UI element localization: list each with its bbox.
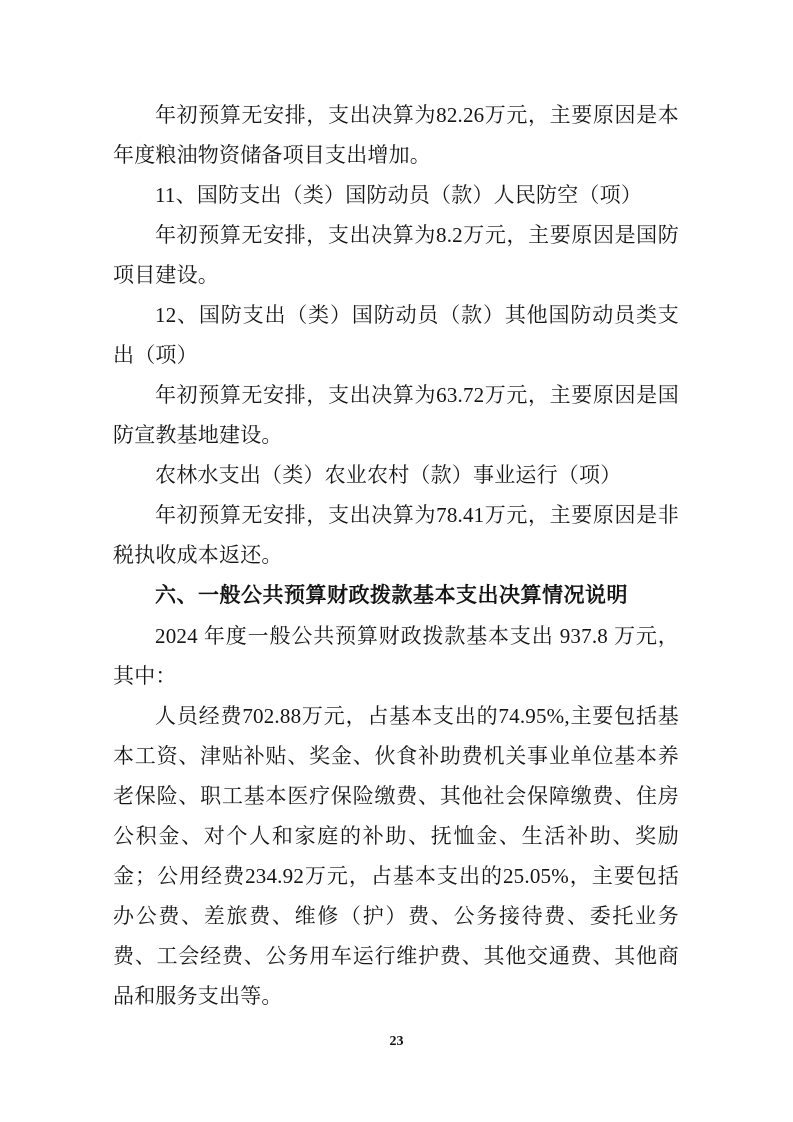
paragraph-agriculture-explanation: 年初预算无安排，支出决算为78.41万元，主要原因是非税执收成本返还。: [113, 495, 679, 575]
paragraph-2024-basic-expenditure-total: 2024 年度一般公共预算财政拨款基本支出 937.8 万元，其中：: [113, 616, 679, 696]
paragraph-item-11-civil-air-defense: 11、国防支出（类）国防动员（款）人民防空（项）: [113, 175, 679, 215]
paragraph-item-11-explanation: 年初预算无安排，支出决算为8.2万元，主要原因是国防项目建设。: [113, 215, 679, 295]
paragraph-personnel-and-public-funds-detail: 人员经费702.88万元，占基本支出的74.95%,主要包括基本工资、津贴补贴、…: [113, 696, 679, 1016]
paragraph-carryover-grain-reserve: 年初预算无安排，支出决算为82.26万元，主要原因是本年度粮油物资储备项目支出增…: [113, 95, 679, 175]
paragraph-item-12-explanation: 年初预算无安排，支出决算为63.72万元，主要原因是国防宣教基地建设。: [113, 375, 679, 455]
paragraph-agriculture-operations: 农林水支出（类）农业农村（款）事业运行（项）: [113, 455, 679, 495]
document-page: 年初预算无安排，支出决算为82.26万元，主要原因是本年度粮油物资储备项目支出增…: [0, 0, 793, 1122]
document-body: 年初预算无安排，支出决算为82.26万元，主要原因是本年度粮油物资储备项目支出增…: [113, 95, 679, 1016]
paragraph-item-12-other-defense-mobilization: 12、国防支出（类）国防动员（款）其他国防动员类支出（项）: [113, 295, 679, 375]
page-number: 23: [0, 1034, 793, 1050]
section-heading-basic-expenditure: 六、一般公共预算财政拨款基本支出决算情况说明: [113, 575, 679, 616]
